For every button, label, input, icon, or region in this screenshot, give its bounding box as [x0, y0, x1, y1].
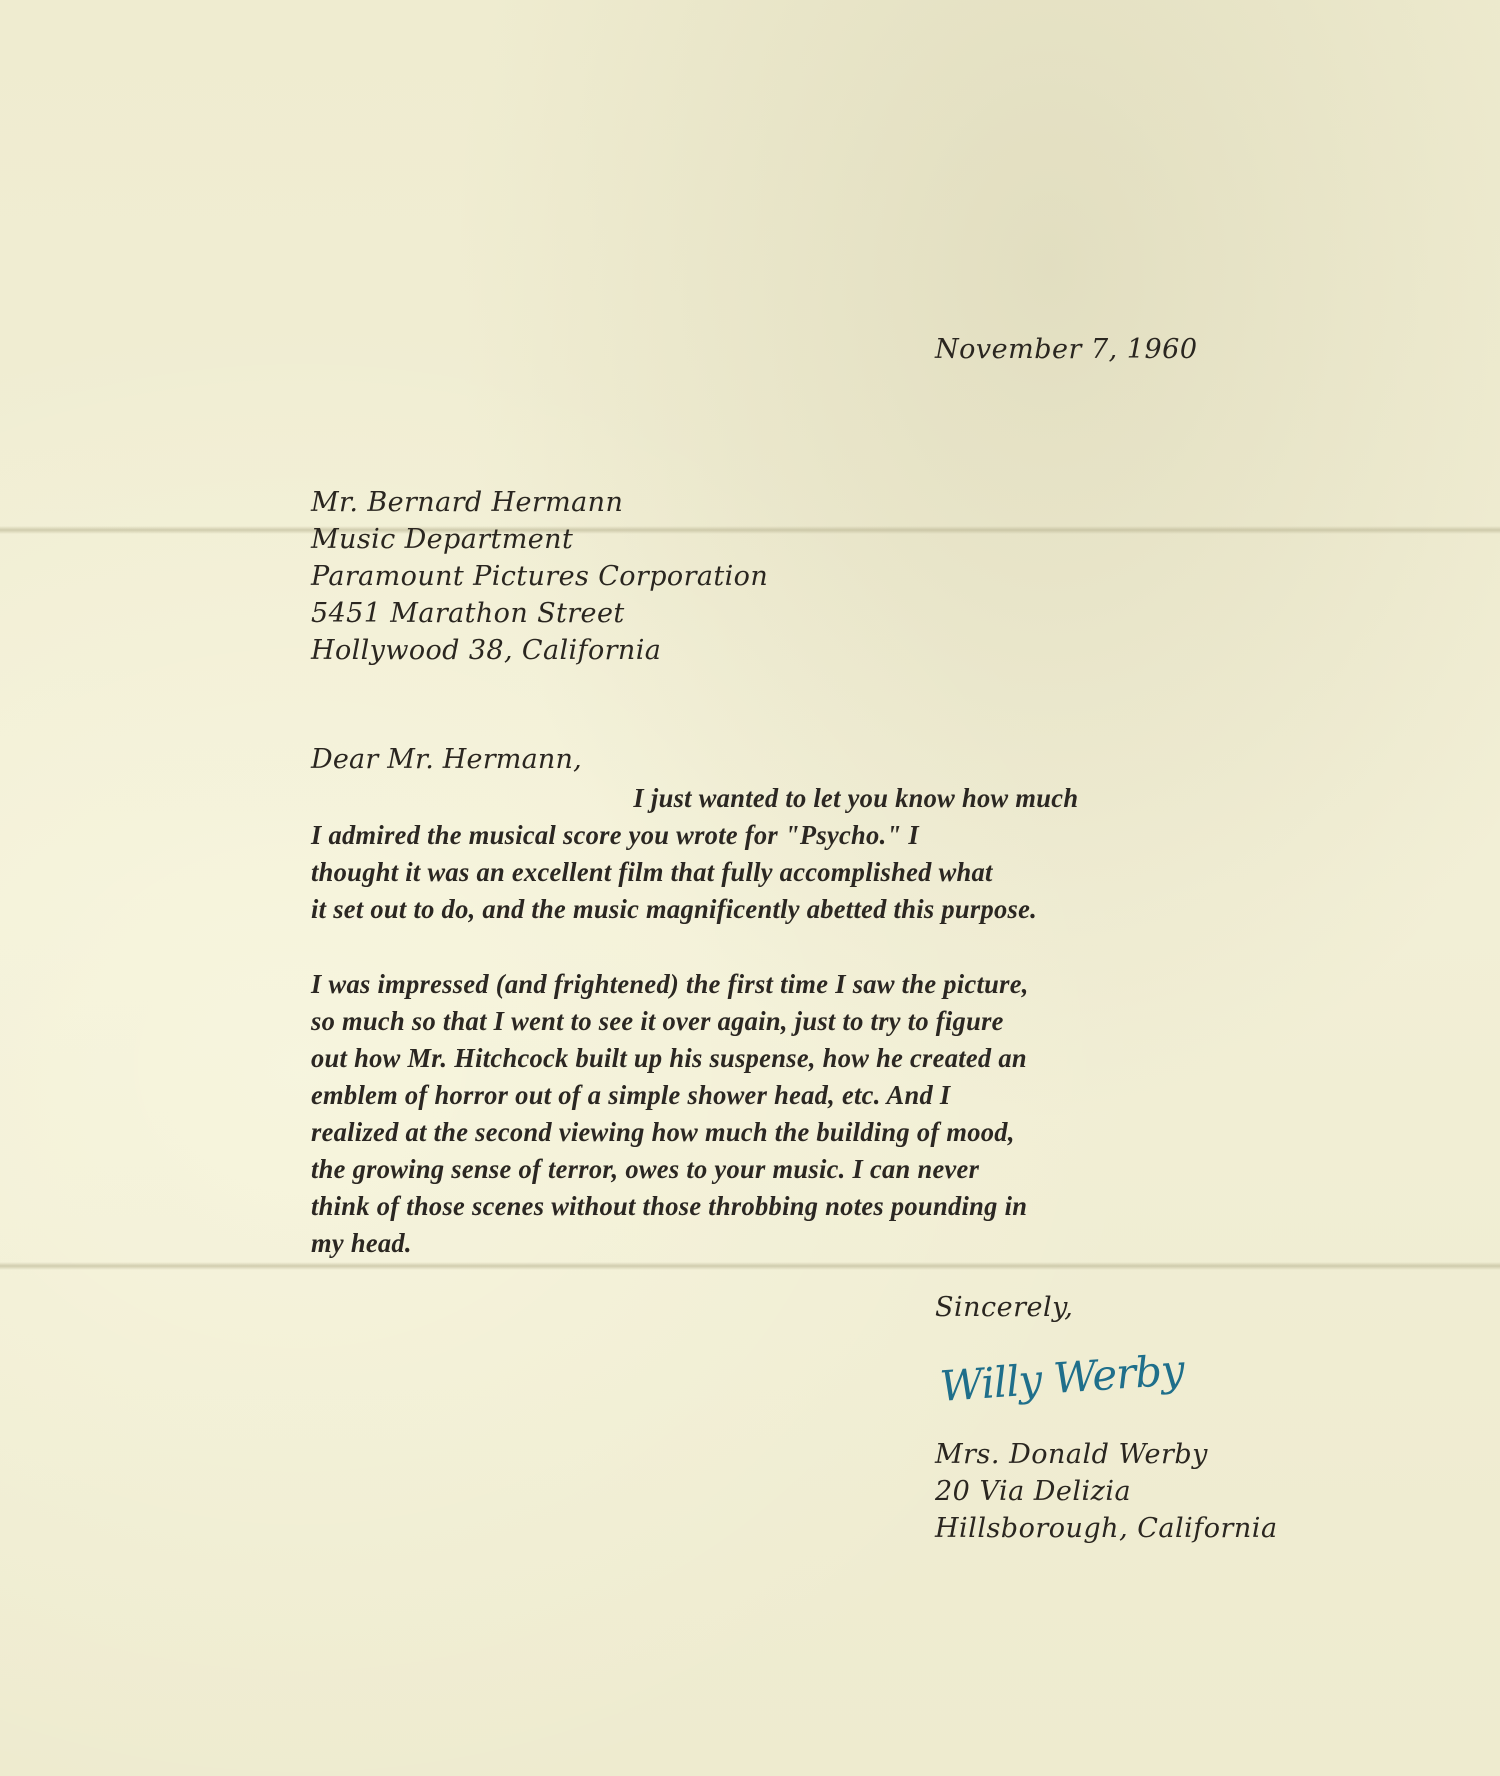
body-line: think of those scenes without those thro…: [311, 1188, 1029, 1225]
paper-fold-lower: [0, 1262, 1500, 1270]
sender-name: Mrs. Donald Werby: [935, 1436, 1278, 1473]
body-line: I just wanted to let you know how much: [311, 780, 1078, 817]
body-line: out how Mr. Hitchcock built up his suspe…: [311, 1040, 1029, 1077]
recipient-street: 5451 Marathon Street: [311, 595, 768, 632]
body-line: I admired the musical score you wrote fo…: [311, 817, 1078, 854]
body-paragraph-2: I was impressed (and frightened) the fir…: [311, 966, 1029, 1262]
body-line: so much so that I went to see it over ag…: [311, 1003, 1029, 1040]
body-line: my head.: [311, 1225, 1029, 1262]
body-line: it set out to do, and the music magnific…: [311, 891, 1078, 928]
body-paragraph-1: I just wanted to let you know how much I…: [311, 780, 1078, 928]
body-line: realized at the second viewing how much …: [311, 1114, 1029, 1151]
salutation: Dear Mr. Hermann,: [311, 744, 582, 775]
sender-street: 20 Via Delizia: [935, 1473, 1278, 1510]
closing: Sincerely,: [935, 1292, 1073, 1323]
body-line: thought it was an excellent film that fu…: [311, 854, 1078, 891]
body-line: emblem of horror out of a simple shower …: [311, 1077, 1029, 1114]
sender-address: Mrs. Donald Werby 20 Via Delizia Hillsbo…: [935, 1436, 1278, 1547]
handwritten-signature: Willy Werby: [938, 1345, 1185, 1411]
recipient-name: Mr. Bernard Hermann: [311, 484, 768, 521]
letter-date: November 7, 1960: [935, 334, 1198, 365]
recipient-city: Hollywood 38, California: [311, 632, 768, 669]
body-line: the growing sense of terror, owes to you…: [311, 1151, 1029, 1188]
recipient-address: Mr. Bernard Hermann Music Department Par…: [311, 484, 768, 669]
recipient-department: Music Department: [311, 521, 768, 558]
letter-page: November 7, 1960 Mr. Bernard Hermann Mus…: [0, 0, 1500, 1776]
recipient-company: Paramount Pictures Corporation: [311, 558, 768, 595]
sender-city: Hillsborough, California: [935, 1510, 1278, 1547]
body-line: I was impressed (and frightened) the fir…: [311, 966, 1029, 1003]
